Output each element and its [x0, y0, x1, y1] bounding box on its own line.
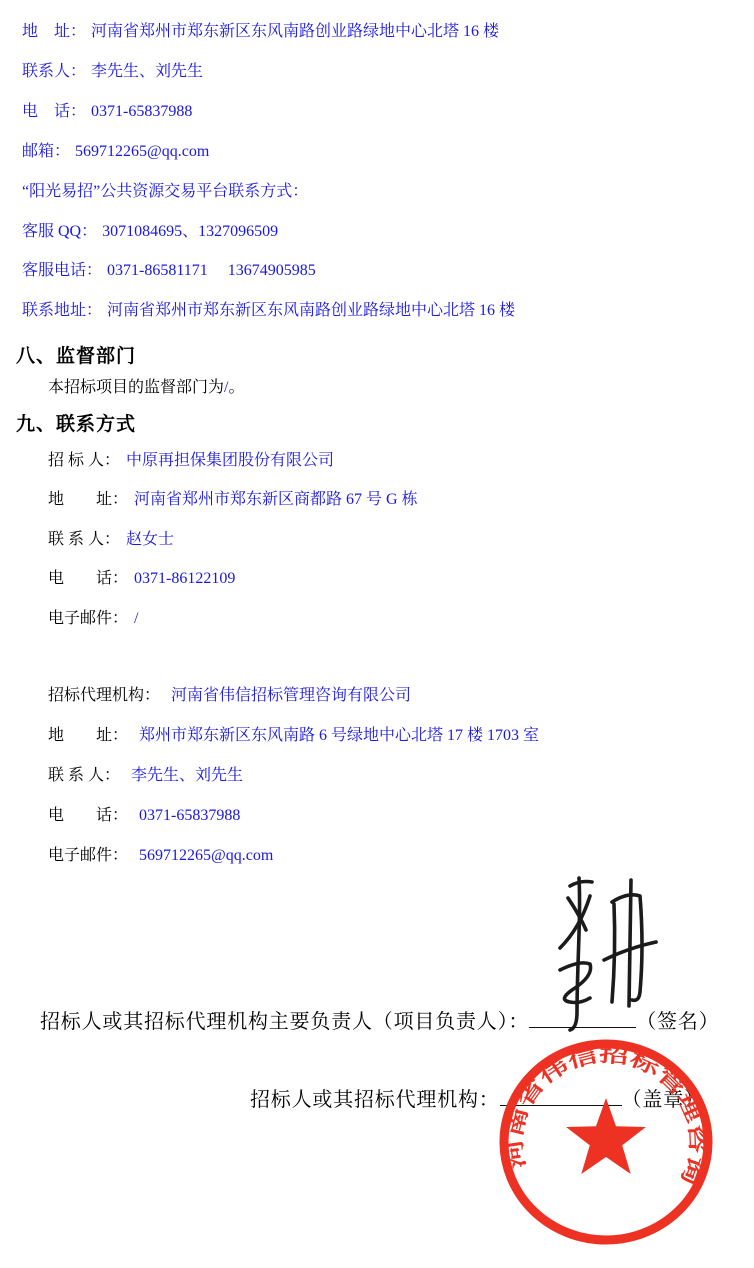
supervision-period: 。: [228, 379, 244, 396]
company-seal: 河南省伟信招标管理咨询有限公司: [496, 1036, 716, 1248]
contact-line: 客服 QQ：3071084695、1327096509: [22, 212, 742, 252]
contact-label: 客服电话：: [22, 262, 102, 279]
contact-value: 赵女士: [126, 531, 174, 548]
contact-value: 李先生、刘先生: [131, 767, 243, 784]
contact-value: 569712265@qq.com: [139, 847, 273, 864]
contact-row: 电 话：0371-65837988: [48, 796, 748, 836]
contact-row: 电 话：0371-86122109: [48, 559, 748, 598]
principal-label: 招标人或其招标代理机构主要负责人（项目负责人）：: [40, 1011, 529, 1033]
contact-label: 邮箱：: [22, 143, 70, 160]
tenderer-contact-block: 招 标 人：中原再担保集团股份有限公司 地 址：河南省郑州市郑东新区商都路 67…: [48, 441, 748, 638]
signature-stroke: [629, 880, 631, 1006]
contact-label: 招 标 人：: [48, 452, 120, 469]
contact-label: 联 系 人：: [48, 767, 120, 784]
contact-value: 河南省郑州市郑东新区商都路 67 号 G 栋: [134, 491, 418, 508]
contact-row: 联 系 人：李先生、刘先生: [48, 756, 748, 796]
contact-label: 电 话：: [22, 103, 86, 120]
contact-line: 客服电话：0371-86581171 13674905985: [22, 251, 742, 291]
contact-label: 电 话：: [48, 570, 128, 587]
contact-value: 中原再担保集团股份有限公司: [126, 452, 334, 469]
contact-label: 联 系 人：: [48, 531, 120, 548]
principal-signature-line: 招标人或其招标代理机构主要负责人（项目负责人）：（签名）: [40, 1004, 719, 1037]
platform-contact-title: “阳光易招”公共资源交易平台联系方式：: [22, 172, 742, 212]
principal-suffix: （签名）: [636, 1011, 719, 1033]
contact-row: 招标代理机构：河南省伟信招标管理咨询有限公司: [48, 676, 748, 716]
contact-value: 569712265@qq.com: [75, 143, 209, 160]
contact-row: 联 系 人：赵女士: [48, 520, 748, 559]
contact-row: 电子邮件：/: [48, 599, 748, 638]
contact-label: 联系地址：: [22, 302, 102, 319]
contact-label: 地 址：: [22, 23, 86, 40]
contact-value: 河南省郑州市郑东新区东风南路创业路绿地中心北塔 16 楼: [107, 302, 515, 319]
contact-label: 客服 QQ：: [22, 223, 97, 240]
agency-contact-block: 招标代理机构：河南省伟信招标管理咨询有限公司 地 址：郑州市郑东新区东风南路 6…: [48, 676, 748, 876]
contact-value: 0371-86122109: [134, 570, 235, 587]
contact-value: 李先生、刘先生: [91, 63, 203, 80]
contact-line: 联系地址：河南省郑州市郑东新区东风南路创业路绿地中心北塔 16 楼: [22, 291, 742, 331]
contact-label: 地 址：: [48, 491, 128, 508]
contact-row: 地 址：郑州市郑东新区东风南路 6 号绿地中心北塔 17 楼 1703 室: [48, 716, 748, 756]
contact-line: 电 话：0371-65837988: [22, 92, 742, 132]
contact-value: /: [134, 610, 138, 627]
contact-value: 河南省伟信招标管理咨询有限公司: [171, 687, 411, 704]
contact-line: 联系人：李先生、刘先生: [22, 52, 742, 92]
contact-row: 地 址：河南省郑州市郑东新区商都路 67 号 G 栋: [48, 480, 748, 519]
contact-value: 0371-65837988: [91, 103, 192, 120]
section-heading-supervision: 八、监督部门: [16, 341, 136, 368]
document-page: 地 址：河南省郑州市郑东新区东风南路创业路绿地中心北塔 16 楼 联系人：李先生…: [0, 0, 754, 1268]
signature-stroke: [560, 963, 591, 1003]
contact-label: 联系人：: [22, 63, 86, 80]
contact-value: 3071084695、1327096509: [102, 223, 278, 240]
contact-line: 地 址：河南省郑州市郑东新区东风南路创业路绿地中心北塔 16 楼: [22, 12, 742, 52]
signature-stroke: [560, 896, 590, 948]
org-label: 招标人或其招标代理机构：: [250, 1089, 500, 1111]
contact-value: 0371-65837988: [139, 807, 240, 824]
contact-line: 邮箱：569712265@qq.com: [22, 132, 742, 172]
contact-value: 河南省郑州市郑东新区东风南路创业路绿地中心北塔 16 楼: [91, 23, 499, 40]
contact-label: 地 址：: [48, 727, 128, 744]
contact-row: 电子邮件：569712265@qq.com: [48, 836, 748, 876]
contact-label: “阳光易招”公共资源交易平台联系方式：: [22, 183, 308, 200]
contact-value: 0371-86581171 13674905985: [107, 262, 316, 279]
supervision-body: 本招标项目的监督部门为/。: [48, 376, 244, 400]
contact-row: 招 标 人：中原再担保集团股份有限公司: [48, 441, 748, 480]
contact-label: 电子邮件：: [48, 610, 128, 627]
section-heading-contact: 九、联系方式: [16, 409, 136, 436]
signature-stroke: [612, 904, 615, 1002]
contact-value: 郑州市郑东新区东风南路 6 号绿地中心北塔 17 楼 1703 室: [139, 727, 539, 744]
star-icon: [566, 1098, 646, 1174]
supervision-text: 本招标项目的监督部门为: [48, 379, 224, 396]
contact-label: 电子邮件：: [48, 847, 128, 864]
platform-contact-block: 地 址：河南省郑州市郑东新区东风南路创业路绿地中心北塔 16 楼 联系人：李先生…: [22, 12, 742, 331]
contact-label: 招标代理机构：: [48, 687, 160, 704]
signature-line: [529, 1004, 636, 1028]
contact-label: 电 话：: [48, 807, 128, 824]
